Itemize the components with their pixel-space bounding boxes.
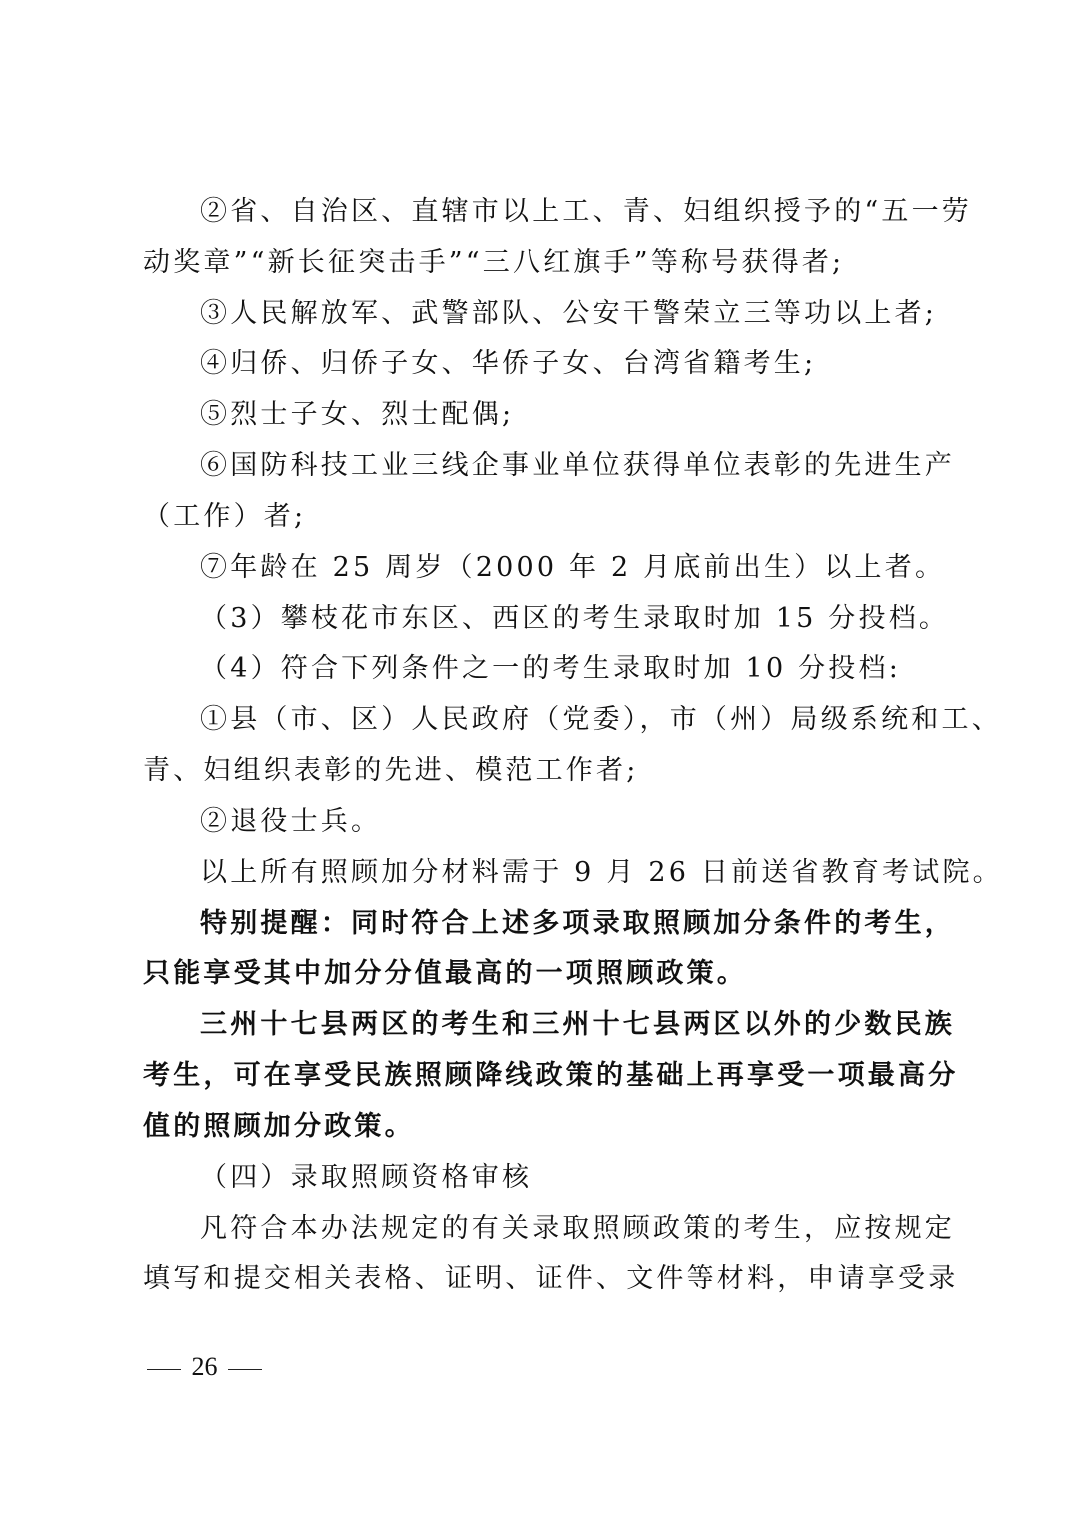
paragraph-line: 凡符合本办法规定的有关录取照顾政策的考生，应按规定: [200, 1212, 1000, 1246]
special-reminder-line: 只能享受其中加分分值最高的一项照顾政策。: [143, 957, 943, 991]
paragraph-line: ②退役士兵。: [200, 805, 1000, 839]
page-footer: 26: [143, 1350, 266, 1384]
paragraph-line: ⑤烈士子女、烈士配偶;: [200, 398, 1000, 432]
special-reminder-line: 特别提醒：同时符合上述多项录取照顾加分条件的考生，: [200, 907, 1000, 941]
footer-dash-left: [147, 1369, 181, 1370]
paragraph-line: 以上所有照顾加分材料需于 9 月 26 日前送省教育考试院。: [200, 856, 1000, 890]
ethnic-policy-line: 三州十七县两区的考生和三州十七县两区以外的少数民族: [200, 1008, 1000, 1042]
ethnic-policy-line: 值的照顾加分政策。: [143, 1110, 943, 1144]
paragraph-line: ④归侨、归侨子女、华侨子女、台湾省籍考生;: [200, 347, 1000, 381]
paragraph-line: （3）攀枝花市东区、西区的考生录取时加 15 分投档。: [200, 602, 1000, 636]
paragraph-line: ⑥国防科技工业三线企事业单位获得单位表彰的先进生产: [200, 449, 1000, 483]
paragraph-line: ⑦年龄在 25 周岁（2000 年 2 月底前出生）以上者。: [200, 551, 1000, 585]
paragraph-line: ①县（市、区）人民政府（党委），市（州）局级系统和工、: [200, 703, 1000, 737]
paragraph-line: ②省、自治区、直辖市以上工、青、妇组织授予的“五一劳: [200, 195, 1000, 229]
page-number: 26: [192, 1352, 218, 1381]
ethnic-policy-line: 考生，可在享受民族照顾降线政策的基础上再享受一项最高分: [143, 1059, 943, 1093]
section-heading: （四）录取照顾资格审核: [200, 1161, 1000, 1195]
paragraph-line: 青、妇组织表彰的先进、模范工作者;: [143, 754, 943, 788]
paragraph-line: （工作）者;: [143, 500, 943, 534]
paragraph-line: ③人民解放军、武警部队、公安干警荣立三等功以上者;: [200, 297, 1000, 331]
paragraph-line: （4）符合下列条件之一的考生录取时加 10 分投档:: [200, 652, 1000, 686]
document-page: ②省、自治区、直辖市以上工、青、妇组织授予的“五一劳 动奖章”“新长征突击手”“…: [0, 0, 1080, 1528]
paragraph-line: 填写和提交相关表格、证明、证件、文件等材料，申请享受录: [143, 1262, 943, 1296]
footer-dash-right: [228, 1369, 262, 1370]
paragraph-line: 动奖章”“新长征突击手”“三八红旗手”等称号获得者;: [143, 246, 943, 280]
